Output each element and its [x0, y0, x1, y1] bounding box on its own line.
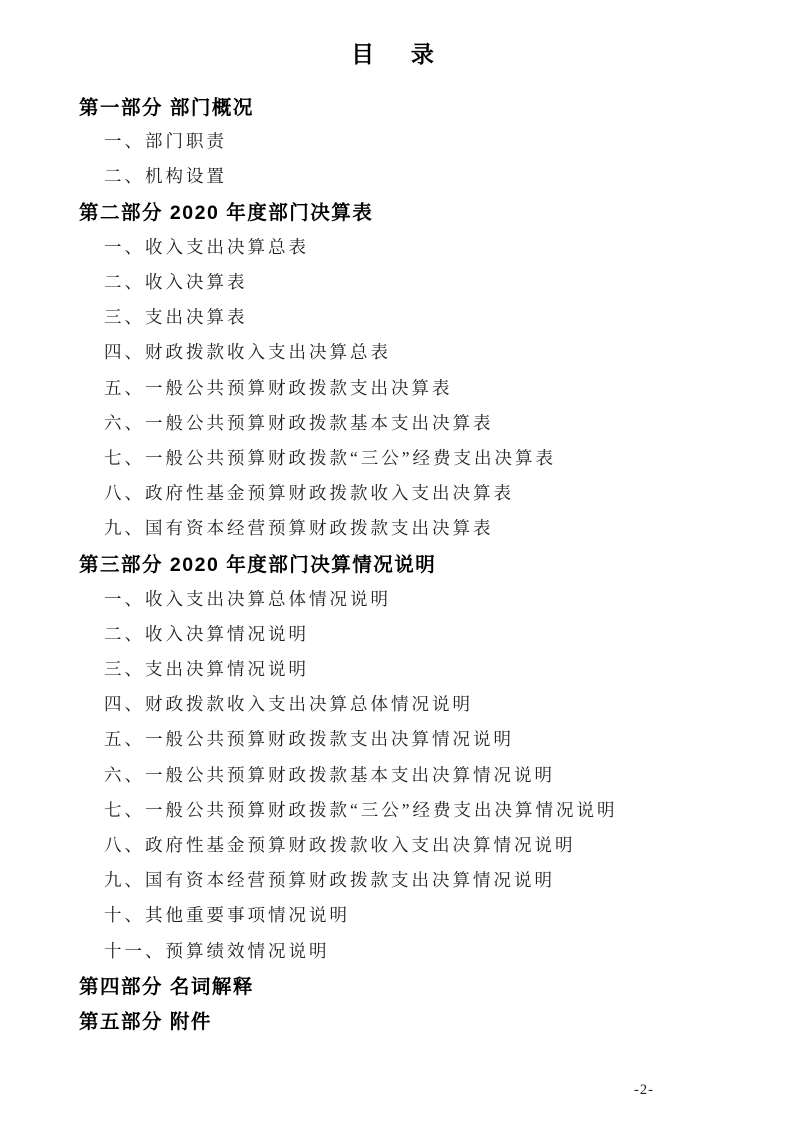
toc-item: 五、一般公共预算财政拨款支出决算情况说明 — [79, 721, 743, 756]
toc-section-part2: 第二部分 2020 年度部门决算表 — [79, 194, 743, 229]
toc-item: 七、一般公共预算财政拨款“三公”经费支出决算情况说明 — [79, 792, 743, 827]
toc-item: 一、收入支出决算总体情况说明 — [79, 581, 743, 616]
toc-section-part4: 第四部分 名词解释 — [79, 968, 743, 1003]
toc-item: 七、一般公共预算财政拨款“三公”经费支出决算表 — [79, 440, 743, 475]
toc-item: 二、收入决算情况说明 — [79, 616, 743, 651]
toc-item: 六、一般公共预算财政拨款基本支出决算表 — [79, 405, 743, 440]
toc-item: 九、国有资本经营预算财政拨款支出决算情况说明 — [79, 862, 743, 897]
toc-item: 三、支出决算表 — [79, 299, 743, 334]
page-title: 目 录 — [0, 0, 793, 68]
toc-section-part1: 第一部分 部门概况 — [79, 88, 743, 123]
toc-item: 八、政府性基金预算财政拨款收入支出决算表 — [79, 475, 743, 510]
toc-item: 二、机构设置 — [79, 158, 743, 193]
toc-item: 八、政府性基金预算财政拨款收入支出决算情况说明 — [79, 827, 743, 862]
toc-item: 二、收入决算表 — [79, 264, 743, 299]
toc-item: 十、其他重要事项情况说明 — [79, 897, 743, 932]
toc-item: 一、收入支出决算总表 — [79, 229, 743, 264]
toc-item: 四、财政拨款收入支出决算总表 — [79, 334, 743, 369]
document-page: 目 录 第一部分 部门概况 一、部门职责 二、机构设置 第二部分 2020 年度… — [0, 0, 793, 1122]
toc-item: 九、国有资本经营预算财政拨款支出决算表 — [79, 510, 743, 545]
toc-item: 三、支出决算情况说明 — [79, 651, 743, 686]
toc-item: 六、一般公共预算财政拨款基本支出决算情况说明 — [79, 757, 743, 792]
toc-item: 四、财政拨款收入支出决算总体情况说明 — [79, 686, 743, 721]
page-number: -2- — [634, 1082, 654, 1099]
table-of-contents: 第一部分 部门概况 一、部门职责 二、机构设置 第二部分 2020 年度部门决算… — [0, 88, 793, 1038]
toc-item: 十一、预算绩效情况说明 — [79, 933, 743, 968]
toc-section-part3: 第三部分 2020 年度部门决算情况说明 — [79, 545, 743, 580]
toc-item: 一、部门职责 — [79, 123, 743, 158]
toc-item: 五、一般公共预算财政拨款支出决算表 — [79, 370, 743, 405]
toc-section-part5: 第五部分 附件 — [79, 1003, 743, 1038]
